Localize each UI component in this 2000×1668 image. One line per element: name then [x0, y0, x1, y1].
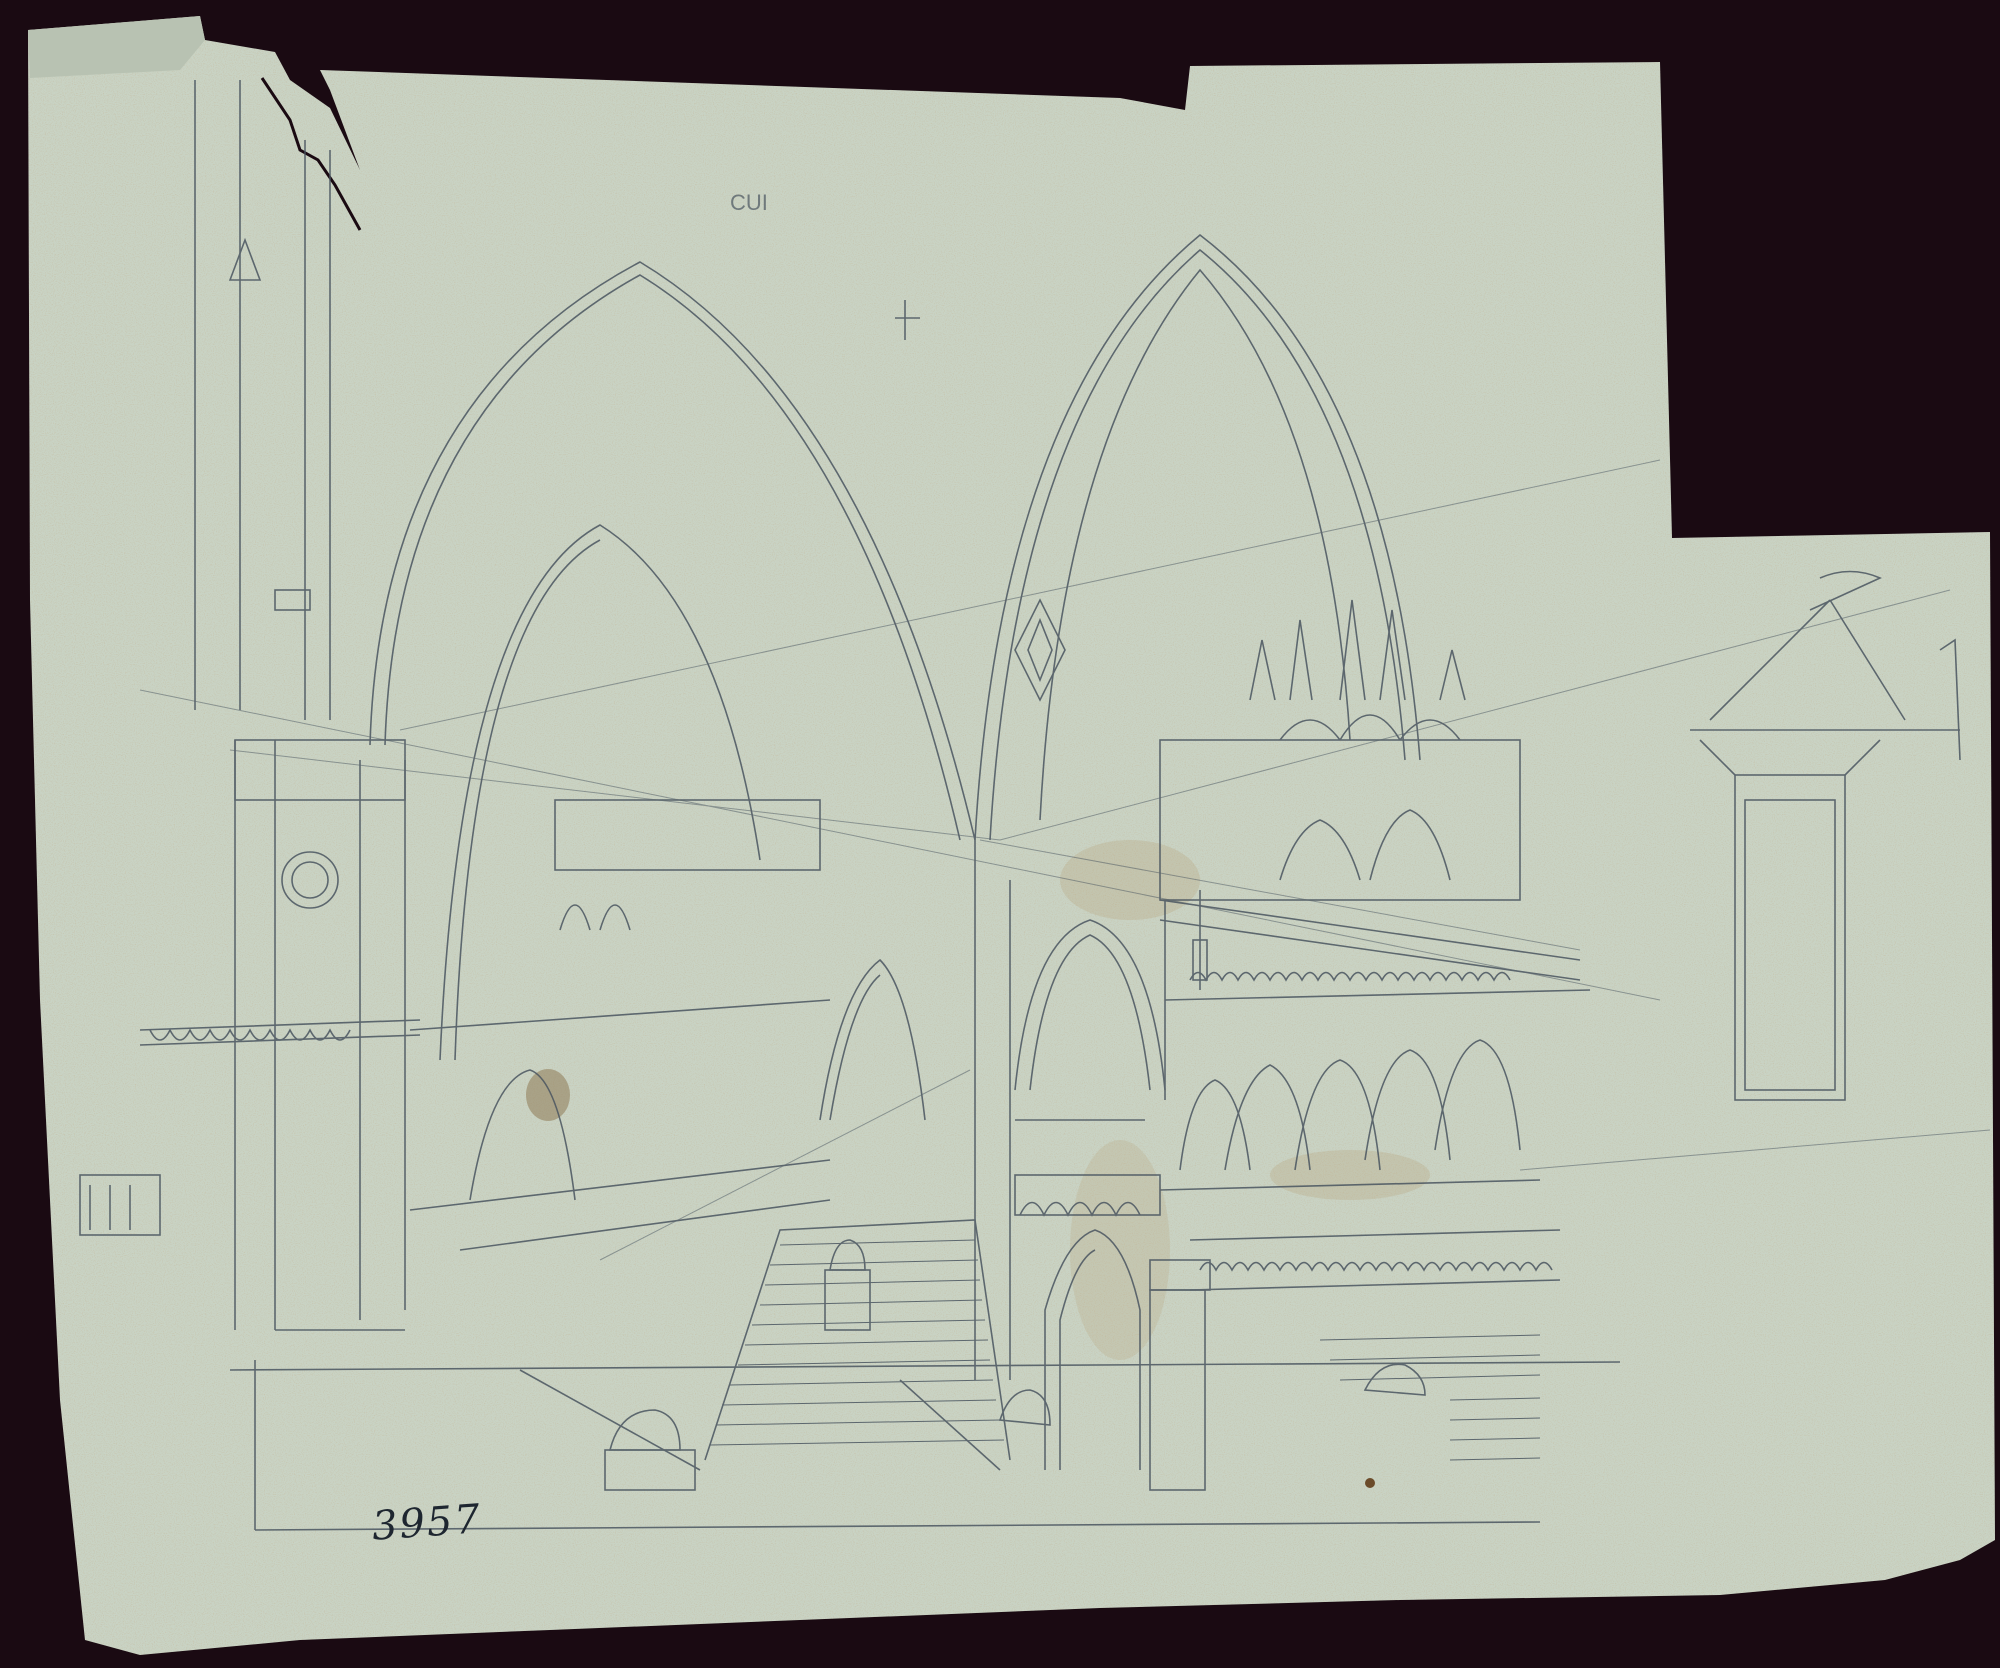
drawing-canvas: CUI	[0, 0, 2000, 1668]
inventory-number: 3957	[371, 1496, 484, 1550]
artwork-photo: CUI 3957	[0, 0, 2000, 1668]
pencil-annotation: CUI	[730, 190, 768, 215]
